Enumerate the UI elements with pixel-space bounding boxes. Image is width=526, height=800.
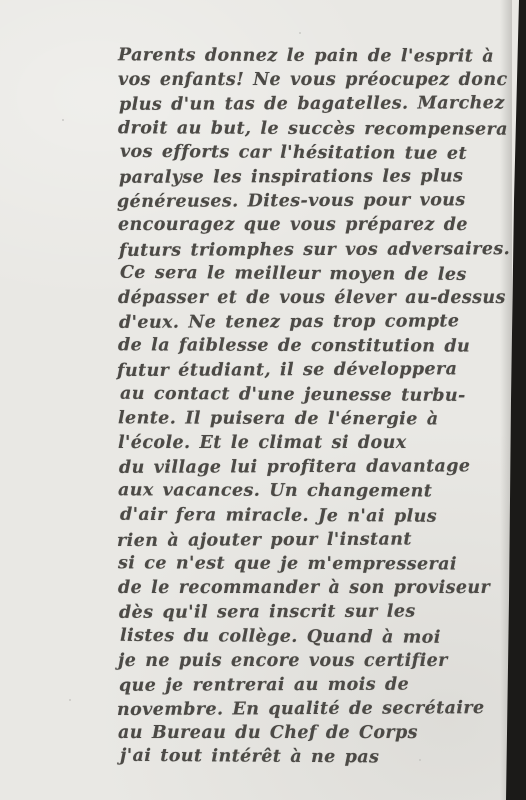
handwriting-line: Ce sera le meilleur moyen de les (120, 260, 516, 287)
handwriting-line: d'eux. Ne tenez pas trop compte (119, 309, 515, 335)
handwriting-line: que je rentrerai au mois de (119, 672, 515, 698)
handwriting-line: de le recommander à son proviseur (118, 576, 514, 600)
handwriting-line: paralyse les inspirations les plus (119, 164, 515, 190)
handwriting-line: novembre. En qualité de secrétaire (117, 696, 513, 722)
handwriting-line: du village lui profitera davantage (119, 454, 515, 480)
handwriting-line: plus d'un tas de bagatelles. Marchez (119, 92, 515, 118)
handwriting-line: rien à ajouter pour l'instant (117, 527, 513, 553)
handwriting-line: dépasser et de vous élever au-dessus (118, 286, 514, 310)
handwriting-line: vos enfants! Ne vous préocupez donc (118, 68, 514, 92)
handwriting-line: d'air fera miracle. Je n'ai plus (120, 502, 516, 529)
handwriting-line: lente. Il puisera de l'énergie à (118, 406, 514, 432)
handwriting-line: droit au but, le succès recompensera (118, 116, 514, 142)
handwriting-line: j'ai tout intérêt à ne pas (120, 744, 516, 771)
handwriting-line: je ne puis encore vous certifier (118, 649, 514, 673)
handwriting-line: l'école. Et le climat si doux (118, 431, 514, 455)
letter-body: Parents donnez le pain de l'esprit à vos… (118, 44, 514, 770)
handwriting-line: au Bureau du Chef de Corps (118, 721, 514, 745)
handwriting-line: futurs triomphes sur vos adversaires. (119, 237, 515, 263)
handwriting-line: dès qu'il sera inscrit sur les (119, 599, 515, 625)
handwriting-line: vos efforts car l'hésitation tue et (120, 140, 516, 167)
letter-page-scan: Parents donnez le pain de l'esprit à vos… (0, 0, 526, 800)
handwriting-line: futur étudiant, il se développera (117, 357, 513, 383)
handwriting-line: aux vacances. Un changement (118, 479, 514, 505)
handwriting-line: généreuses. Dites-vous pour vous (117, 188, 513, 214)
handwriting-line: de la faiblesse de constitution du (118, 334, 514, 360)
handwriting-line: si ce n'est que je m'empresserai (118, 551, 514, 577)
handwriting-line: au contact d'une jeunesse turbu- (120, 381, 516, 408)
handwriting-line: encouragez que vous préparez de (118, 213, 514, 237)
handwriting-line: Parents donnez le pain de l'esprit à (118, 43, 514, 69)
handwriting-line: listes du collège. Quand à moi (120, 623, 516, 650)
